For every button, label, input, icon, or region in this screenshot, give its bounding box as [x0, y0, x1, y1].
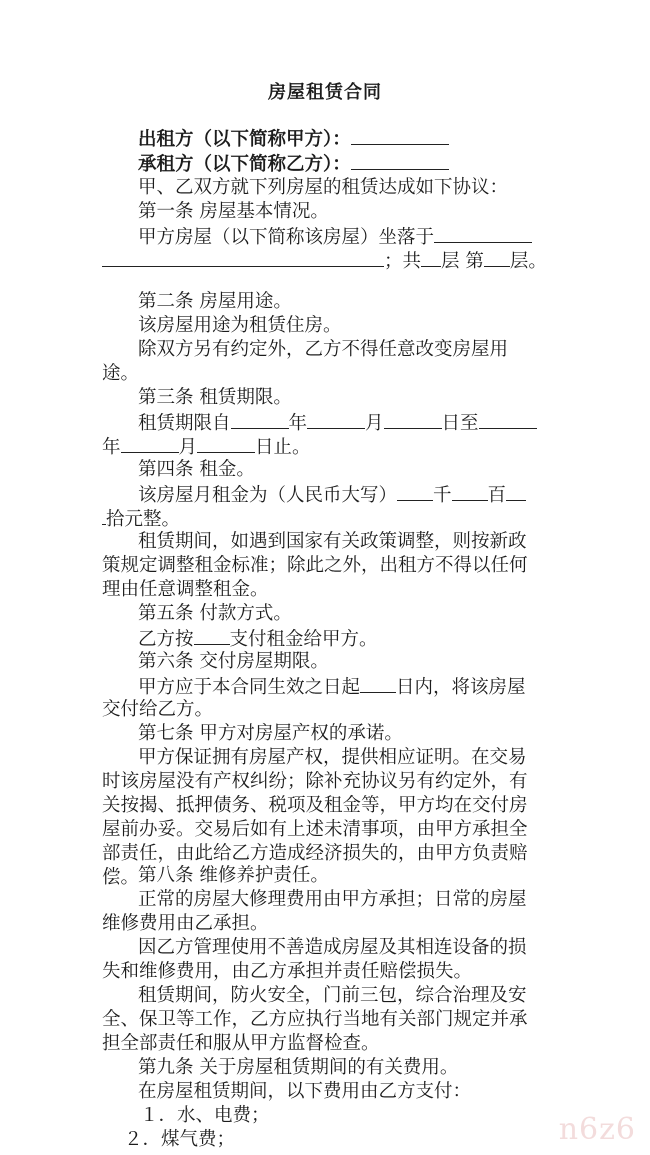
intro-text: 甲、乙双方就下列房屋的租赁达成如下协议：	[138, 176, 508, 200]
article-5-p1: 乙方按支付租金给甲方。	[138, 626, 378, 652]
article-2-p2-line1: 除双方另有约定外，乙方不得任意改变房屋用	[138, 338, 508, 362]
article-8-heading: 第八条 维修养护责任。	[138, 864, 329, 888]
article-8-p1-line2: 维修费用由乙承担。	[102, 912, 269, 936]
article-2-p2-line2: 途。	[102, 362, 139, 386]
watermark: n6z6	[559, 1112, 636, 1147]
text: 年	[102, 437, 121, 458]
article-7-heading: 第七条 甲方对房屋产权的承诺。	[138, 722, 403, 746]
lessor-label: 出租方（以下简称甲方）：	[138, 129, 351, 150]
text: 年	[289, 413, 308, 434]
text: 日止。	[255, 437, 311, 458]
article-7-line6: 偿。	[102, 866, 139, 890]
article-1-line2: ；共层 第层。	[102, 248, 547, 274]
article-8-p2-line2: 失和维修费用，由乙方承担并责任赔偿损失。	[102, 960, 472, 984]
article-4-p2-line2: 策规定调整租金标准；除此之外，出租方不得以任何	[102, 554, 528, 578]
thousand-blank	[397, 482, 433, 501]
lessee-blank	[351, 151, 449, 170]
end-month-blank	[121, 434, 179, 453]
end-day-blank	[197, 434, 255, 453]
text: 月	[179, 437, 198, 458]
article-9-item2: ２．煤气费；	[124, 1128, 235, 1152]
article-3-line2: 年月日止。	[102, 434, 311, 460]
article-9-p1: 在房屋租赁期间，以下费用由乙方支付：	[138, 1080, 471, 1104]
article-5-heading: 第五条 付款方式。	[138, 602, 292, 626]
start-month-blank	[307, 410, 365, 429]
text: 支付租金给甲方。	[230, 629, 378, 650]
ten-blank	[506, 482, 526, 501]
article-7-line1: 甲方保证拥有房屋产权，提供相应证明。在交易	[138, 746, 527, 770]
text: 层 第	[441, 251, 484, 272]
lessor-blank	[351, 126, 449, 145]
text: 月	[365, 413, 384, 434]
article-6-line2: 交付给乙方。	[102, 698, 213, 722]
start-day-blank	[384, 410, 442, 429]
article-3-heading: 第三条 租赁期限。	[138, 386, 292, 410]
article-9-heading: 第九条 关于房屋租赁期间的有关费用。	[138, 1056, 458, 1080]
article-4-heading: 第四条 租金。	[138, 458, 255, 482]
article-8-p2-line1: 因乙方管理使用不善造成房屋及其相连设备的损	[138, 936, 527, 960]
text: 租赁期限自	[138, 413, 231, 434]
article-6-heading: 第六条 交付房屋期限。	[138, 650, 329, 674]
text: 千	[433, 485, 452, 506]
article-1-heading: 第一条 房屋基本情况。	[138, 200, 329, 224]
article-7-line5: 部责任，由此给乙方造成经济损失的，由甲方负责赔	[102, 842, 528, 866]
article-1-line1: 甲方房屋（以下简称该房屋）坐落于	[138, 224, 532, 250]
article-3-line1: 租赁期限自年月日至	[138, 410, 537, 436]
lessee-line: 承租方（以下简称乙方）：	[138, 151, 449, 177]
payment-method-blank	[194, 626, 230, 645]
start-year-blank	[231, 410, 289, 429]
text: 甲方房屋（以下简称该房屋）坐落于	[138, 227, 434, 248]
article-4-line1: 该房屋月租金为（人民币大写）千百	[138, 482, 526, 508]
hundred-blank	[452, 482, 488, 501]
lessee-label: 承租方（以下简称乙方）：	[138, 154, 351, 175]
text: 该房屋月租金为（人民币大写）	[138, 485, 397, 506]
article-4-p2-line3: 理由任意调整租金。	[102, 578, 269, 602]
article-7-line2: 时该房屋没有产权纠纷；除补充协议另有约定外，有	[102, 770, 528, 794]
lessor-line: 出租方（以下简称甲方）：	[138, 126, 449, 152]
delivery-days-blank	[360, 674, 396, 693]
text: 百	[488, 485, 507, 506]
end-year-blank	[479, 410, 537, 429]
text: 乙方按	[138, 629, 194, 650]
article-2-heading: 第二条 房屋用途。	[138, 290, 292, 314]
text: 甲方应于本合同生效之日起	[138, 677, 360, 698]
article-9-item1: １．水、电费；	[140, 1104, 270, 1128]
floor-blank	[484, 248, 510, 267]
location-blank-2	[102, 248, 384, 267]
text: 日内，将该房屋	[396, 677, 526, 698]
article-7-line4: 屋前办妥。交易后如有上述未清事项，由甲方承担全	[102, 818, 528, 842]
text: 层。	[510, 251, 547, 272]
article-8-p1-line1: 正常的房屋大修理费用由甲方承担；日常的房屋	[138, 888, 527, 912]
text: ；共	[384, 251, 421, 272]
article-4-line2: 拾元整。	[102, 506, 180, 532]
text: 日至	[442, 413, 479, 434]
article-8-p3-line1: 租赁期间，防火安全，门前三包，综合治理及安	[138, 984, 527, 1008]
article-4-p2-line1: 租赁期间，如遇到国家有关政策调整，则按新政	[138, 530, 527, 554]
document-title: 房屋租赁合同	[0, 78, 650, 104]
article-8-p3-line2: 全、保卫等工作，乙方应执行当地有关部门规定并承	[102, 1008, 528, 1032]
location-blank	[434, 224, 532, 243]
article-2-p1: 该房屋用途为租赁住房。	[138, 314, 342, 338]
total-floors-blank	[421, 248, 441, 267]
article-7-line3: 关按揭、抵押债务、税项及租金等，甲方均在交付房	[102, 794, 528, 818]
article-6-line1: 甲方应于本合同生效之日起日内，将该房屋	[138, 674, 526, 700]
text: 拾元整。	[106, 509, 180, 530]
article-8-p3-line3: 担全部责任和服从甲方监督检查。	[102, 1032, 380, 1056]
